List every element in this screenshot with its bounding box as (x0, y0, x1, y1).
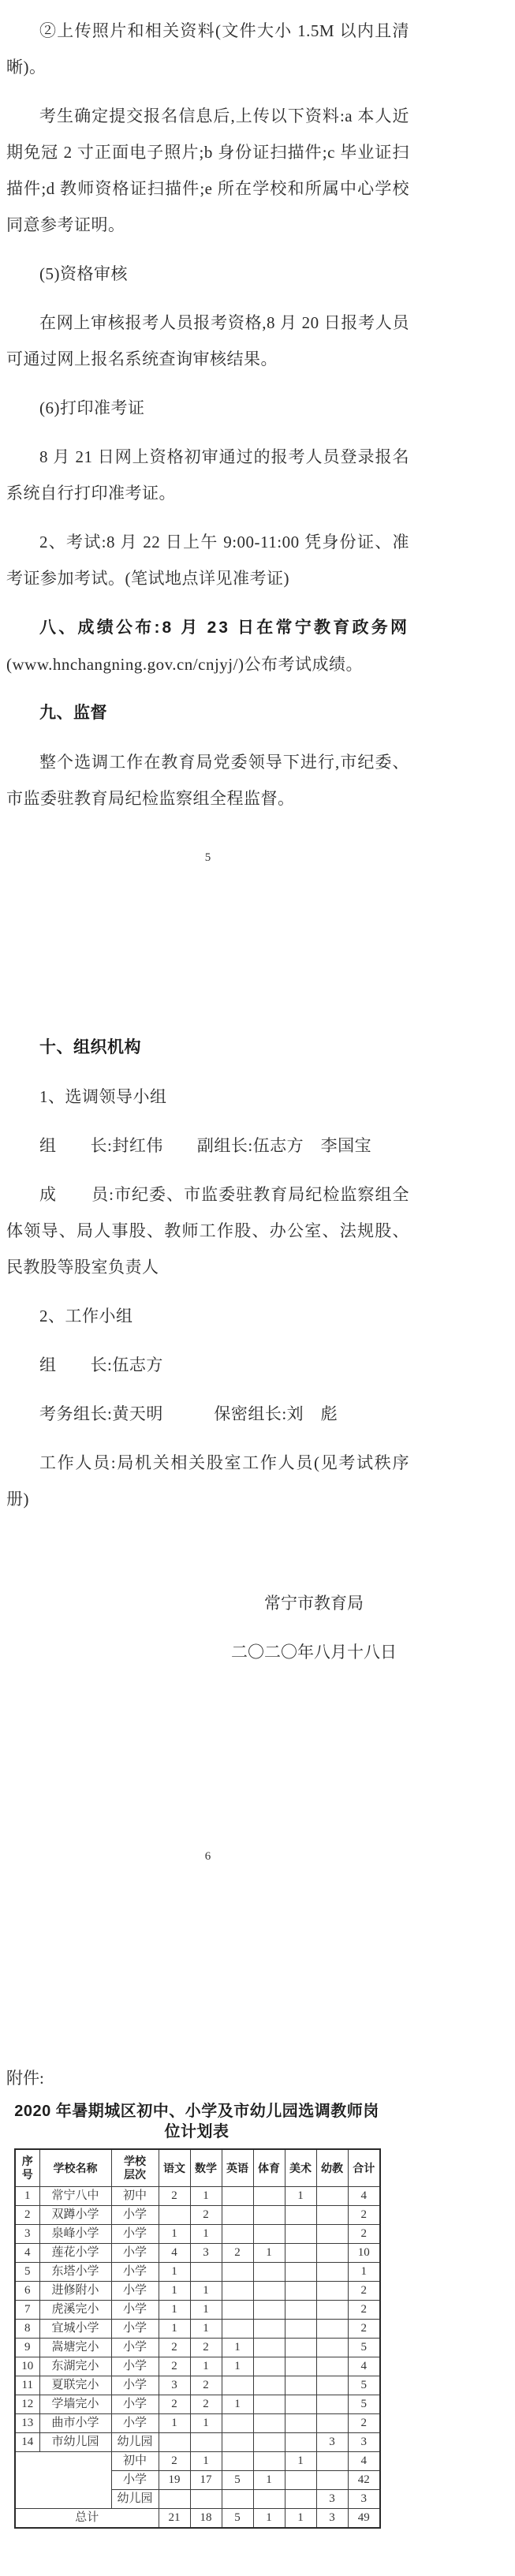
table-cell: 常宁八中 (39, 2187, 111, 2206)
page-5: ②上传照片和相关资料(文件大小 1.5M 以内且清晰)。考生确定提交报名信息后,… (6, 13, 409, 867)
table-cell: 3 (316, 2433, 348, 2452)
total-label-cell: 总计 (15, 2509, 159, 2529)
paragraph: 考务组长:黄天明 保密组长:刘 彪 (6, 1396, 409, 1432)
table-cell: 1 (159, 2225, 190, 2244)
table-cell (285, 2263, 316, 2282)
paragraph: (5)资格审核 (6, 256, 409, 292)
table-cell (253, 2263, 285, 2282)
table-cell: 1 (190, 2282, 222, 2301)
table-cell: 进修附小 (39, 2282, 111, 2301)
table-cell: 18 (190, 2509, 222, 2529)
table-header-row: 序号学校名称学校层次语文数学英语体育美术幼教合计 (15, 2149, 380, 2187)
table-row: 9嵩塘完小小学2215 (15, 2339, 380, 2357)
table-cell (316, 2452, 348, 2471)
table-cell: 小学 (111, 2263, 159, 2282)
table-cell (222, 2490, 253, 2509)
table-cell: 1 (285, 2452, 316, 2471)
column-header: 幼教 (316, 2149, 348, 2187)
table-cell (253, 2301, 285, 2320)
table-cell (285, 2433, 316, 2452)
table-cell: 2 (222, 2244, 253, 2263)
table-cell: 学墙完小 (39, 2395, 111, 2414)
table-cell: 3 (348, 2490, 380, 2509)
table-row: 14市幼儿园幼儿园33 (15, 2433, 380, 2452)
merged-blank-cell (15, 2452, 111, 2509)
table-cell (253, 2490, 285, 2509)
table-cell: 4 (15, 2244, 39, 2263)
table-row: 5东塔小学小学11 (15, 2263, 380, 2282)
column-header: 序号 (15, 2149, 39, 2187)
table-cell (285, 2395, 316, 2414)
table-cell: 9 (15, 2339, 39, 2357)
table-cell (253, 2395, 285, 2414)
table-cell: 10 (348, 2244, 380, 2263)
table-cell: 1 (222, 2357, 253, 2376)
table-cell: 双蹲小学 (39, 2206, 111, 2225)
table-cell: 1 (190, 2452, 222, 2471)
paragraph: 2、考试:8 月 22 日上午 9:00-11:00 凭身份证、准考证参加考试。… (6, 524, 409, 596)
table-cell (253, 2225, 285, 2244)
table-cell: 1 (159, 2263, 190, 2282)
paragraph: 组 长:封红伟 副组长:伍志方 李国宝 (6, 1127, 409, 1164)
table-cell (316, 2301, 348, 2320)
table-cell: 2 (348, 2320, 380, 2339)
table-cell: 2 (159, 2187, 190, 2206)
signature-date: 二〇二〇年八月十八日 (6, 1634, 409, 1670)
table-row: 3泉峰小学小学112 (15, 2225, 380, 2244)
table-cell (316, 2376, 348, 2395)
table-cell: 宜城小学 (39, 2320, 111, 2339)
table-cell: 东塔小学 (39, 2263, 111, 2282)
table-cell (253, 2339, 285, 2357)
table-cell (316, 2225, 348, 2244)
column-header: 学校名称 (39, 2149, 111, 2187)
table-cell (285, 2414, 316, 2433)
table-cell: 6 (15, 2282, 39, 2301)
table-cell: 小学 (111, 2320, 159, 2339)
table-cell: 5 (222, 2471, 253, 2490)
table-cell: 2 (159, 2339, 190, 2357)
table-cell: 市幼儿园 (39, 2433, 111, 2452)
table-cell (222, 2301, 253, 2320)
table-cell: 5 (348, 2339, 380, 2357)
table-cell (316, 2395, 348, 2414)
table-cell: 1 (253, 2509, 285, 2529)
table-row: 12学墙完小小学2215 (15, 2395, 380, 2414)
paragraph: 2、工作小组 (6, 1298, 409, 1334)
paragraph: 成 员:市纪委、市监委驻教育局纪检监察组全体领导、局人事股、教师工作股、办公室、… (6, 1176, 409, 1285)
section-heading: 十、组织机构 (6, 1030, 409, 1066)
table-cell: 17 (190, 2471, 222, 2490)
table-cell (316, 2471, 348, 2490)
table-cell: 曲市小学 (39, 2414, 111, 2433)
paragraph: 考生确定提交报名信息后,上传以下资料:a 本人近期免冠 2 寸正面电子照片;b … (6, 98, 409, 243)
table-cell: 1 (348, 2263, 380, 2282)
table-row: 13曲市小学小学112 (15, 2414, 380, 2433)
table-cell: 1 (190, 2357, 222, 2376)
table-cell (285, 2357, 316, 2376)
table-cell: 2 (190, 2206, 222, 2225)
table-cell: 2 (15, 2206, 39, 2225)
paragraph: 1、选调领导小组 (6, 1079, 409, 1115)
page-6-body: 十、组织机构1、选调领导小组组 长:封红伟 副组长:伍志方 李国宝成 员:市纪委… (6, 1030, 409, 1517)
table-cell (316, 2320, 348, 2339)
column-header: 英语 (222, 2149, 253, 2187)
paragraph: ②上传照片和相关资料(文件大小 1.5M 以内且清晰)。 (6, 13, 409, 85)
table-cell: 4 (159, 2244, 190, 2263)
table-cell: 14 (15, 2433, 39, 2452)
table-cell: 1 (285, 2509, 316, 2529)
table-cell (222, 2320, 253, 2339)
table-cell: 5 (222, 2509, 253, 2529)
table-cell: 夏联完小 (39, 2376, 111, 2395)
table-cell (222, 2187, 253, 2206)
table-row: 2双蹲小学小学22 (15, 2206, 380, 2225)
table-cell (285, 2490, 316, 2509)
table-cell (190, 2433, 222, 2452)
signature-block: 常宁市教育局 二〇二〇年八月十八日 (6, 1585, 409, 1670)
table-cell: 12 (15, 2395, 39, 2414)
table-cell: 3 (190, 2244, 222, 2263)
column-header: 美术 (285, 2149, 316, 2187)
table-cell: 2 (190, 2395, 222, 2414)
table-cell: 19 (159, 2471, 190, 2490)
table-cell: 2 (159, 2452, 190, 2471)
table-cell (285, 2471, 316, 2490)
table-cell (253, 2282, 285, 2301)
table-cell: 3 (316, 2490, 348, 2509)
table-cell (285, 2206, 316, 2225)
table-cell: 1 (159, 2282, 190, 2301)
table-cell: 2 (190, 2376, 222, 2395)
table-cell (253, 2414, 285, 2433)
section-heading: 九、监督 (6, 695, 409, 731)
table-cell: 初中 (111, 2187, 159, 2206)
table-cell (253, 2206, 285, 2225)
table-cell: 11 (15, 2376, 39, 2395)
page-6: 十、组织机构1、选调领导小组组 长:封红伟 副组长:伍志方 李国宝成 员:市纪委… (6, 867, 409, 1866)
table-cell: 嵩塘完小 (39, 2339, 111, 2357)
table-cell (285, 2376, 316, 2395)
scanned-document: ②上传照片和相关资料(文件大小 1.5M 以内且清晰)。考生确定提交报名信息后,… (0, 0, 515, 2576)
table-cell: 小学 (111, 2282, 159, 2301)
table-row: 6进修附小小学112 (15, 2282, 380, 2301)
table-cell (285, 2225, 316, 2244)
table-cell: 4 (348, 2187, 380, 2206)
table-row: 1常宁八中初中2114 (15, 2187, 380, 2206)
table-cell: 1 (190, 2320, 222, 2339)
table-cell (316, 2187, 348, 2206)
table-cell (222, 2206, 253, 2225)
table-cell: 5 (348, 2376, 380, 2395)
table-cell: 42 (348, 2471, 380, 2490)
table-cell (253, 2433, 285, 2452)
table-cell (285, 2320, 316, 2339)
table-cell: 2 (190, 2339, 222, 2357)
table-cell: 7 (15, 2301, 39, 2320)
table-cell (285, 2282, 316, 2301)
subtotal-level-cell: 初中 (111, 2452, 159, 2471)
table-cell: 2 (348, 2301, 380, 2320)
table-cell: 3 (348, 2433, 380, 2452)
table-cell: 小学 (111, 2244, 159, 2263)
table-cell (316, 2414, 348, 2433)
table-cell: 1 (190, 2187, 222, 2206)
table-row: 7虎溪完小小学112 (15, 2301, 380, 2320)
table-cell (222, 2433, 253, 2452)
table-cell: 小学 (111, 2376, 159, 2395)
table-cell: 3 (159, 2376, 190, 2395)
table-cell: 4 (348, 2452, 380, 2471)
table-cell (222, 2452, 253, 2471)
table-row: 11夏联完小小学325 (15, 2376, 380, 2395)
table-cell: 1 (190, 2225, 222, 2244)
table-cell (316, 2357, 348, 2376)
table-cell: 1 (190, 2414, 222, 2433)
table-cell: 小学 (111, 2357, 159, 2376)
column-header: 合计 (348, 2149, 380, 2187)
table-cell: 2 (348, 2414, 380, 2433)
table-cell (222, 2263, 253, 2282)
table-cell: 10 (15, 2357, 39, 2376)
column-header: 学校层次 (111, 2149, 159, 2187)
table-cell: 3 (15, 2225, 39, 2244)
column-header: 体育 (253, 2149, 285, 2187)
table-cell (316, 2263, 348, 2282)
table-cell (222, 2414, 253, 2433)
table-cell: 2 (348, 2282, 380, 2301)
table-cell (253, 2452, 285, 2471)
table-cell: 1 (159, 2414, 190, 2433)
table-cell: 虎溪完小 (39, 2301, 111, 2320)
column-header: 数学 (190, 2149, 222, 2187)
table-cell: 5 (348, 2395, 380, 2414)
table-cell (316, 2206, 348, 2225)
table-cell (222, 2376, 253, 2395)
paragraph: 八、成绩公布:8 月 23 日在常宁教育政务网(www.hnchangning.… (6, 609, 409, 682)
subtotal-level-cell: 幼儿园 (111, 2490, 159, 2509)
table-cell: 小学 (111, 2339, 159, 2357)
table-cell: 2 (159, 2357, 190, 2376)
table-cell: 4 (348, 2357, 380, 2376)
table-cell: 莲花小学 (39, 2244, 111, 2263)
table-cell: 小学 (111, 2206, 159, 2225)
page-number-6: 6 (6, 1847, 409, 1866)
table-cell: 1 (190, 2301, 222, 2320)
table-cell: 3 (316, 2509, 348, 2529)
table-cell: 1 (285, 2187, 316, 2206)
table-cell (285, 2339, 316, 2357)
table-cell (190, 2490, 222, 2509)
bold-lead-text: 八、成绩公布:8 月 23 日在常宁教育政务网 (39, 619, 409, 637)
table-cell: 1 (253, 2471, 285, 2490)
table-cell (285, 2301, 316, 2320)
paragraph: (6)打印准考证 (6, 390, 409, 426)
column-header: 语文 (159, 2149, 190, 2187)
attachment-page: 附件: 2020 年暑期城区初中、小学及市幼儿园选调教师岗位计划表 序号学校名称… (6, 1866, 409, 2529)
table-cell: 1 (253, 2244, 285, 2263)
paragraph: 在网上审核报考人员报考资格,8 月 20 日报考人员可通过网上报名系统查询审核结… (6, 305, 409, 377)
paragraph: 整个选调工作在教育局党委领导下进行,市纪委、市监委驻教育局纪检监察组全程监督。 (6, 744, 409, 817)
table-cell (253, 2320, 285, 2339)
total-row: 总计2118511349 (15, 2509, 380, 2529)
table-row: 10东湖完小小学2114 (15, 2357, 380, 2376)
paragraph: 8 月 21 日网上资格初审通过的报考人员登录报名系统自行打印准考证。 (6, 439, 409, 511)
table-row: 8宜城小学小学112 (15, 2320, 380, 2339)
table-cell (159, 2490, 190, 2509)
table-cell: 东湖完小 (39, 2357, 111, 2376)
table-cell: 2 (348, 2225, 380, 2244)
subtotal-row: 初中2114 (15, 2452, 380, 2471)
paragraph-text: (www.hnchangning.gov.cn/cnjyj/)公布考试成绩。 (6, 655, 363, 674)
table-cell: 1 (15, 2187, 39, 2206)
paragraph: 组 长:伍志方 (6, 1347, 409, 1383)
attachment-label: 附件: (6, 2060, 409, 2096)
table-cell: 2 (159, 2395, 190, 2414)
table-cell (159, 2433, 190, 2452)
signature-org: 常宁市教育局 (6, 1585, 409, 1621)
table-cell: 2 (348, 2206, 380, 2225)
table-cell: 13 (15, 2414, 39, 2433)
table-cell (253, 2357, 285, 2376)
table-cell: 1 (222, 2395, 253, 2414)
table-cell (253, 2187, 285, 2206)
paragraph: 工作人员:局机关相关股室工作人员(见考试秩序册) (6, 1445, 409, 1517)
page-number-5: 5 (6, 848, 409, 867)
table-cell (316, 2282, 348, 2301)
table-cell: 小学 (111, 2225, 159, 2244)
table-cell: 1 (159, 2320, 190, 2339)
table-cell (222, 2282, 253, 2301)
table-cell: 小学 (111, 2395, 159, 2414)
table-cell: 幼儿园 (111, 2433, 159, 2452)
table-cell: 21 (159, 2509, 190, 2529)
position-plan-table: 序号学校名称学校层次语文数学英语体育美术幼教合计1常宁八中初中21142双蹲小学… (14, 2148, 381, 2529)
table-cell: 小学 (111, 2301, 159, 2320)
subtotal-level-cell: 小学 (111, 2471, 159, 2490)
table-cell (159, 2206, 190, 2225)
table-cell (316, 2339, 348, 2357)
table-cell: 49 (348, 2509, 380, 2529)
table-cell (222, 2225, 253, 2244)
table-cell: 小学 (111, 2414, 159, 2433)
table-cell (190, 2263, 222, 2282)
page-5-body: ②上传照片和相关资料(文件大小 1.5M 以内且清晰)。考生确定提交报名信息后,… (6, 13, 409, 817)
table-cell (316, 2244, 348, 2263)
table-title: 2020 年暑期城区初中、小学及市幼儿园选调教师岗位计划表 (14, 2101, 379, 2142)
table-cell: 1 (222, 2339, 253, 2357)
table-cell: 泉峰小学 (39, 2225, 111, 2244)
table-cell: 1 (159, 2301, 190, 2320)
table-row: 4莲花小学小学432110 (15, 2244, 380, 2263)
table-cell: 8 (15, 2320, 39, 2339)
table-cell (285, 2244, 316, 2263)
table-cell (253, 2376, 285, 2395)
table-cell: 5 (15, 2263, 39, 2282)
